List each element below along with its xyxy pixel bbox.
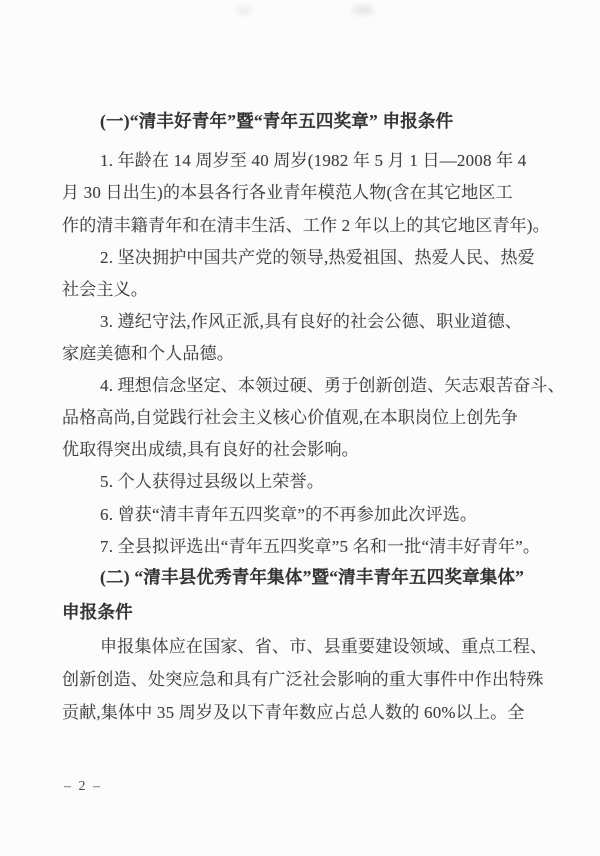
section-2-heading-line-1: (二) “清丰县优秀青年集体”暨“清丰青年五四奖章集体”	[100, 564, 524, 589]
item-5-line-1: 5. 个人获得过县级以上荣誉。	[100, 467, 324, 492]
section-2-para-line-2: 创新创造、处突应急和具有广泛社会影响的重大事件中作出特殊	[62, 665, 544, 690]
section-2-heading-line-2: 申报条件	[62, 599, 133, 624]
section-2-para-line-1: 申报集体应在国家、省、市、县重要建设领域、重点工程、	[100, 632, 547, 657]
item-1-line-2: 月 30 日出生)的本县各行各业青年模范人物(含在其它地区工	[62, 178, 513, 203]
item-2-line-2: 社会主义。	[62, 275, 148, 300]
section-1-heading: (一)“清丰好青年”暨“青年五四奖章” 申报条件	[100, 108, 453, 133]
scanned-document-page: (一)“清丰好青年”暨“青年五四奖章” 申报条件 1. 年龄在 14 周岁至 4…	[0, 0, 600, 856]
section-2-para-line-3: 贡献,集体中 35 周岁及以下青年数应占总人数的 60%以上。全	[62, 698, 525, 723]
item-1-line-1: 1. 年龄在 14 周岁至 40 周岁(1982 年 5 月 1 日—2008 …	[100, 146, 527, 171]
item-1-line-3: 作的清丰籍青年和在清丰生活、工作 2 年以上的其它地区青年)。	[62, 211, 550, 236]
item-4-line-3: 优取得突出成绩,具有良好的社会影响。	[62, 435, 359, 460]
item-2-line-1: 2. 坚决拥护中国共产党的领导,热爱祖国、热爱人民、热爱	[100, 243, 535, 268]
scan-smudge	[352, 5, 374, 15]
item-6-line-1: 6. 曾获“清丰青年五四奖章”的不再参加此次评选。	[100, 500, 477, 525]
scan-smudge	[236, 6, 252, 15]
item-3-line-1: 3. 遵纪守法,作风正派,具有良好的社会公德、职业道德、	[100, 307, 522, 332]
item-4-line-2: 品格高尚,自觉践行社会主义核心价值观,在本职岗位上创先争	[62, 403, 518, 428]
page-number: – 2 –	[64, 779, 102, 795]
item-3-line-2: 家庭美德和个人品德。	[62, 339, 234, 364]
item-7-line-1: 7. 全县拟评选出“青年五四奖章”5 名和一批“清丰好青年”。	[100, 532, 540, 557]
item-4-line-1: 4. 理想信念坚定、本领过硬、勇于创新创造、矢志艰苦奋斗、	[100, 371, 565, 396]
